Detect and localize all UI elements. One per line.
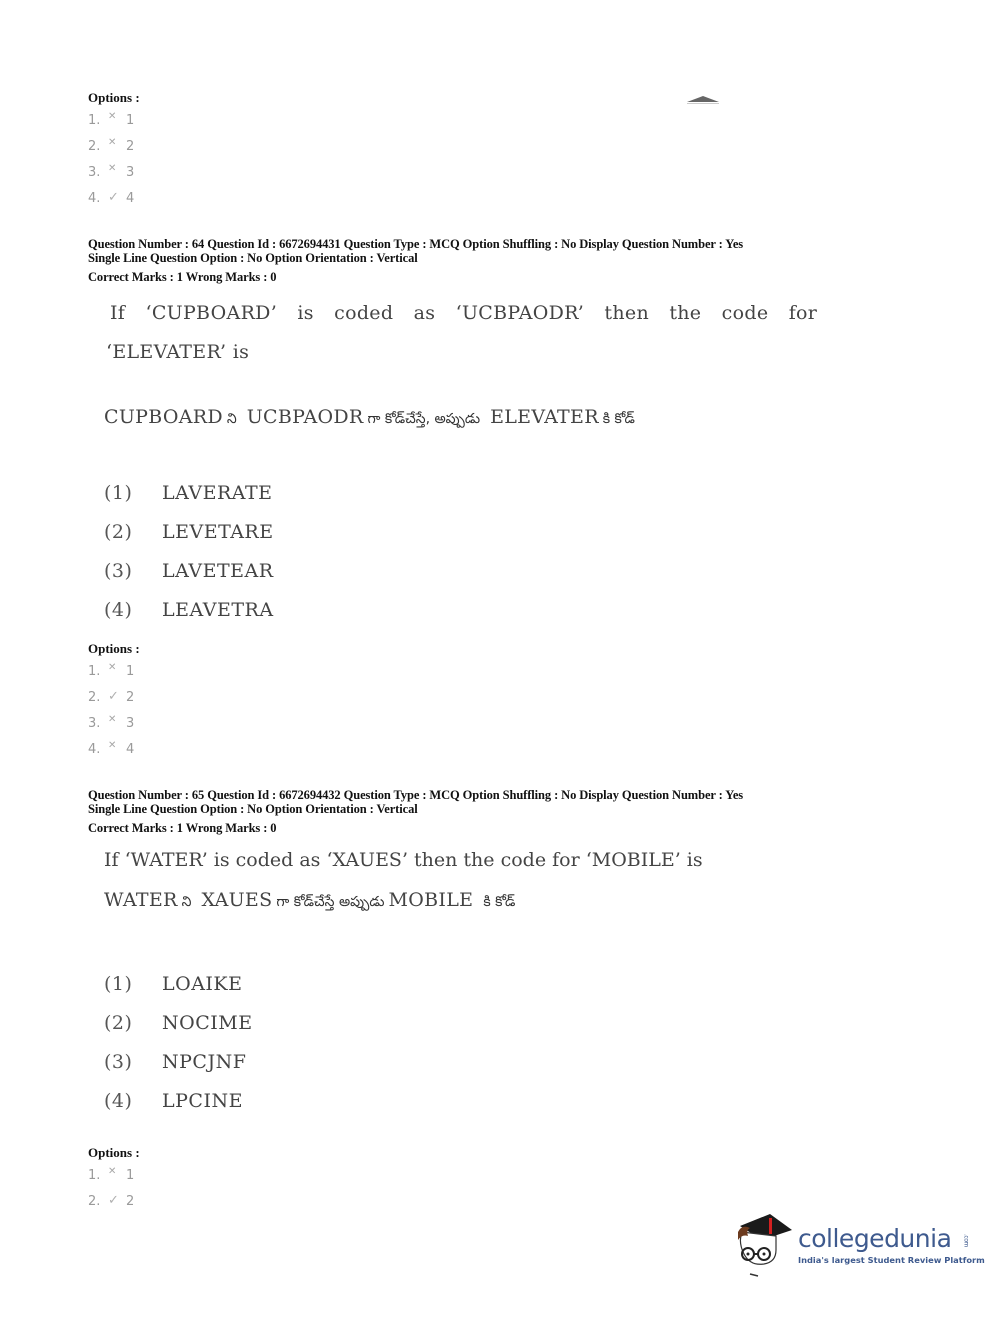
answer-choice: (2) NOCIME	[104, 1003, 253, 1042]
q64-answers: (1) LAVERATE (2) LEVETARE (3) LAVETEAR (…	[104, 473, 274, 629]
question-meta-line2: Single Line Question Option : No Option …	[88, 251, 743, 265]
answer-choice: (3) NPCJNF	[104, 1042, 253, 1081]
option-row: 2. ✕ 2	[88, 138, 140, 154]
cross-icon: ✕	[108, 163, 122, 174]
question-meta-line1: Question Number : 65 Question Id : 66726…	[88, 788, 743, 802]
cross-icon: ✕	[108, 662, 122, 673]
check-icon: ✓	[108, 689, 122, 704]
q65-options: Options : 1. ✕ 1 2. ✓ 2	[88, 1145, 140, 1209]
q64-options: Options : 1. ✕ 1 2. ✓ 2 3. ✕ 3 4. ✕ 4	[88, 641, 140, 757]
question-marks: Correct Marks : 1 Wrong Marks : 0	[88, 821, 743, 835]
question-text-en-line2: ‘ELEVATER’ is	[106, 341, 249, 363]
brand-name: collegedunia.com	[798, 1225, 985, 1253]
cross-icon: ✕	[108, 111, 122, 122]
option-row: 2. ✓ 2	[88, 689, 140, 705]
answer-choice: (4) LEAVETRA	[104, 590, 274, 629]
question-meta-line2: Single Line Question Option : No Option …	[88, 802, 743, 816]
answer-choice: (4) LPCINE	[104, 1081, 253, 1120]
question-text-en-line1: If ‘CUPBOARD’ is coded as ‘UCBPAODR’ the…	[110, 302, 817, 324]
cross-icon: ✕	[108, 740, 122, 751]
question-meta-line1: Question Number : 64 Question Id : 66726…	[88, 237, 743, 251]
answer-choice: (2) LEVETARE	[104, 512, 274, 551]
check-icon: ✓	[108, 190, 122, 205]
q64-meta: Question Number : 64 Question Id : 66726…	[88, 237, 743, 284]
answer-choice: (3) LAVETEAR	[104, 551, 274, 590]
answer-choice: (1) LOAIKE	[104, 964, 253, 1003]
cross-icon: ✕	[108, 714, 122, 725]
option-row: 4. ✓ 4	[88, 190, 140, 206]
cross-icon: ✕	[108, 137, 122, 148]
scroll-top-button[interactable]	[687, 96, 719, 104]
divider	[687, 103, 719, 104]
collegedunia-logo[interactable]: collegedunia.com India's largest Student…	[736, 1212, 985, 1278]
options-title: Options :	[88, 90, 140, 106]
check-icon: ✓	[108, 1193, 122, 1208]
mascot-icon	[736, 1212, 792, 1278]
up-arrow-icon	[687, 96, 719, 102]
q65-meta: Question Number : 65 Question Id : 66726…	[88, 788, 743, 835]
question-text-en: If ‘WATER’ is coded as ‘XAUES’ then the …	[104, 849, 703, 871]
q65-answers: (1) LOAIKE (2) NOCIME (3) NPCJNF (4) LPC…	[104, 964, 253, 1120]
question-marks: Correct Marks : 1 Wrong Marks : 0	[88, 270, 743, 284]
answer-choice: (1) LAVERATE	[104, 473, 274, 512]
option-row: 4. ✕ 4	[88, 741, 140, 757]
question-text-te: WATER ని XAUES గా కోడ్‌చేస్తే అప్పుడు MO…	[104, 889, 515, 913]
q63-options: Options : 1. ✕ 1 2. ✕ 2 3. ✕ 3 4. ✓ 4	[88, 90, 140, 206]
option-row: 1. ✕ 1	[88, 663, 140, 679]
option-row: 1. ✕ 1	[88, 112, 140, 128]
question-text-te: CUPBOARD ని UCBPAODR గా కోడ్‌చేస్తే, అప్…	[104, 406, 635, 430]
option-row: 3. ✕ 3	[88, 715, 140, 731]
option-row: 1. ✕ 1	[88, 1167, 140, 1183]
option-row: 3. ✕ 3	[88, 164, 140, 180]
options-title: Options :	[88, 641, 140, 657]
option-row: 2. ✓ 2	[88, 1193, 140, 1209]
cross-icon: ✕	[108, 1166, 122, 1177]
options-title: Options :	[88, 1145, 140, 1161]
brand-tagline: India's largest Student Review Platform	[798, 1255, 985, 1265]
